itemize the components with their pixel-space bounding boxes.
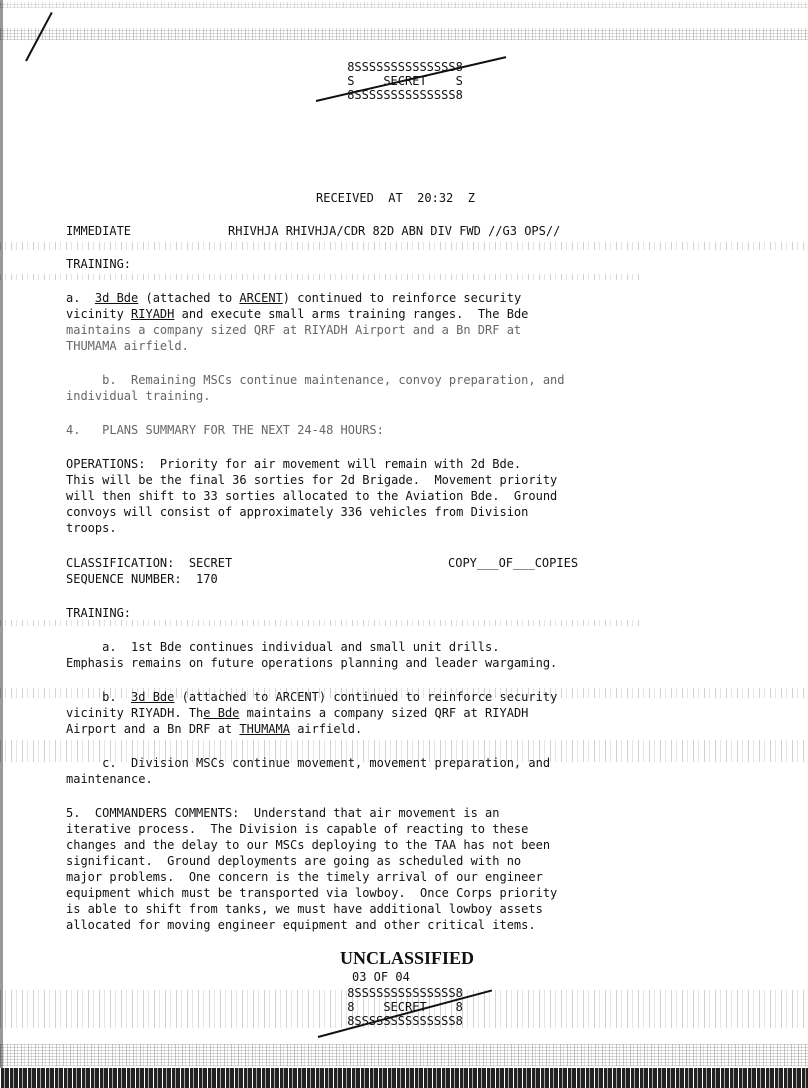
text: vicinity [66, 307, 131, 321]
comments-line: major problems. One concern is the timel… [66, 869, 543, 885]
text: ) continued to reinforce security [283, 291, 521, 305]
operations-line: OPERATIONS: Priority for air movement wi… [66, 456, 521, 472]
scan-noise [0, 620, 640, 626]
s2-para-b-line1: b. 3d Bde (attached to ARCENT) continued… [66, 689, 557, 705]
received-time: RECEIVED AT 20:32 Z [316, 190, 475, 206]
comments-line: allocated for moving engineer equipment … [66, 917, 536, 933]
unit-name: 3d Bde [131, 690, 174, 704]
copy-of-copies: COPY___OF___COPIES [448, 555, 578, 571]
comments-line: significant. Ground deployments are goin… [66, 853, 521, 869]
classification-label: CLASSIFICATION: SECRET [66, 555, 232, 571]
para-label: a. [66, 291, 80, 305]
s2-para-b-line2: vicinity RIYADH. The Bde maintains a com… [66, 705, 528, 721]
plans-heading: 4. PLANS SUMMARY FOR THE NEXT 24-48 HOUR… [66, 422, 384, 438]
scan-dark-edge [0, 1068, 808, 1088]
riyadh: RIYADH [131, 307, 174, 321]
text: vicinity RIYADH. Th [66, 706, 203, 720]
para-a-line1: a. 3d Bde (attached to ARCENT) continued… [66, 290, 521, 306]
scan-noise [0, 274, 640, 280]
text: (attached to ARCENT) continued to reinfo… [174, 690, 557, 704]
banner-row: 8SSSSSSSSSSSSSS8 [300, 88, 510, 102]
comments-line: changes and the delay to our MSCs deploy… [66, 837, 550, 853]
operations-line: will then shift to 33 sorties allocated … [66, 488, 557, 504]
precedence: IMMEDIATE [66, 223, 131, 239]
scan-left-edge [0, 0, 3, 1088]
text: Airport and a Bn DRF at [66, 722, 239, 736]
scan-noise-top [0, 2, 808, 8]
operations-line: This will be the final 36 sorties for 2d… [66, 472, 557, 488]
banner-row: 8SSSSSSSSSSSSSS8 [300, 1014, 510, 1028]
bde: e Bde [203, 706, 239, 720]
text: maintains a company sized QRF at RIYADH [239, 706, 528, 720]
routing-line: RHIVHJA RHIVHJA/CDR 82D ABN DIV FWD //G3… [228, 223, 560, 239]
comments-line: iterative process. The Division is capab… [66, 821, 528, 837]
s2-para-b-line3: Airport and a Bn DRF at THUMAMA airfield… [66, 721, 362, 737]
para-label: b. [66, 690, 131, 704]
section-heading-training-2: TRAINING: [66, 605, 131, 621]
operations-line: convoys will consist of approximately 33… [66, 504, 528, 520]
sequence-number: SEQUENCE NUMBER: 170 [66, 571, 218, 587]
operations-line: troops. [66, 520, 117, 536]
arcent: ARCENT [239, 291, 282, 305]
unclassified-stamp: UNCLASSIFIED [322, 948, 492, 969]
unit-name: 3d Bde [95, 291, 138, 305]
page-number: 03 OF 04 [352, 970, 410, 984]
scan-noise-bottom [0, 1044, 808, 1066]
scan-noise-band [0, 28, 808, 40]
s2-para-c-line2: maintenance. [66, 771, 153, 787]
scan-noise [0, 242, 808, 250]
s2-para-c-line1: c. Division MSCs continue movement, move… [66, 755, 550, 771]
text: and execute small arms training ranges. … [174, 307, 528, 321]
s2-para-a-line2: Emphasis remains on future operations pl… [66, 655, 557, 671]
comments-line: equipment which must be transported via … [66, 885, 557, 901]
para-b-line1: b. Remaining MSCs continue maintenance, … [66, 372, 565, 388]
text: (attached to [146, 291, 240, 305]
declassified-document-page: 8SSSSSSSSSSSSSS8 S SECRET S 8SSSSSSSSSSS… [0, 0, 808, 1088]
comments-line: 5. COMMANDERS COMMENTS: Understand that … [66, 805, 499, 821]
section-heading-training: TRAINING: [66, 256, 131, 272]
comments-line: is able to shift from tanks, we must hav… [66, 901, 543, 917]
s2-para-a-line1: a. 1st Bde continues individual and smal… [66, 639, 499, 655]
thumama: THUMAMA [239, 722, 290, 736]
text: airfield. [290, 722, 362, 736]
para-a-line2: vicinity RIYADH and execute small arms t… [66, 306, 528, 322]
para-a-line4: THUMAMA airfield. [66, 338, 189, 354]
para-b-line2: individual training. [66, 388, 211, 404]
para-a-line3: maintains a company sized QRF at RIYADH … [66, 322, 521, 338]
